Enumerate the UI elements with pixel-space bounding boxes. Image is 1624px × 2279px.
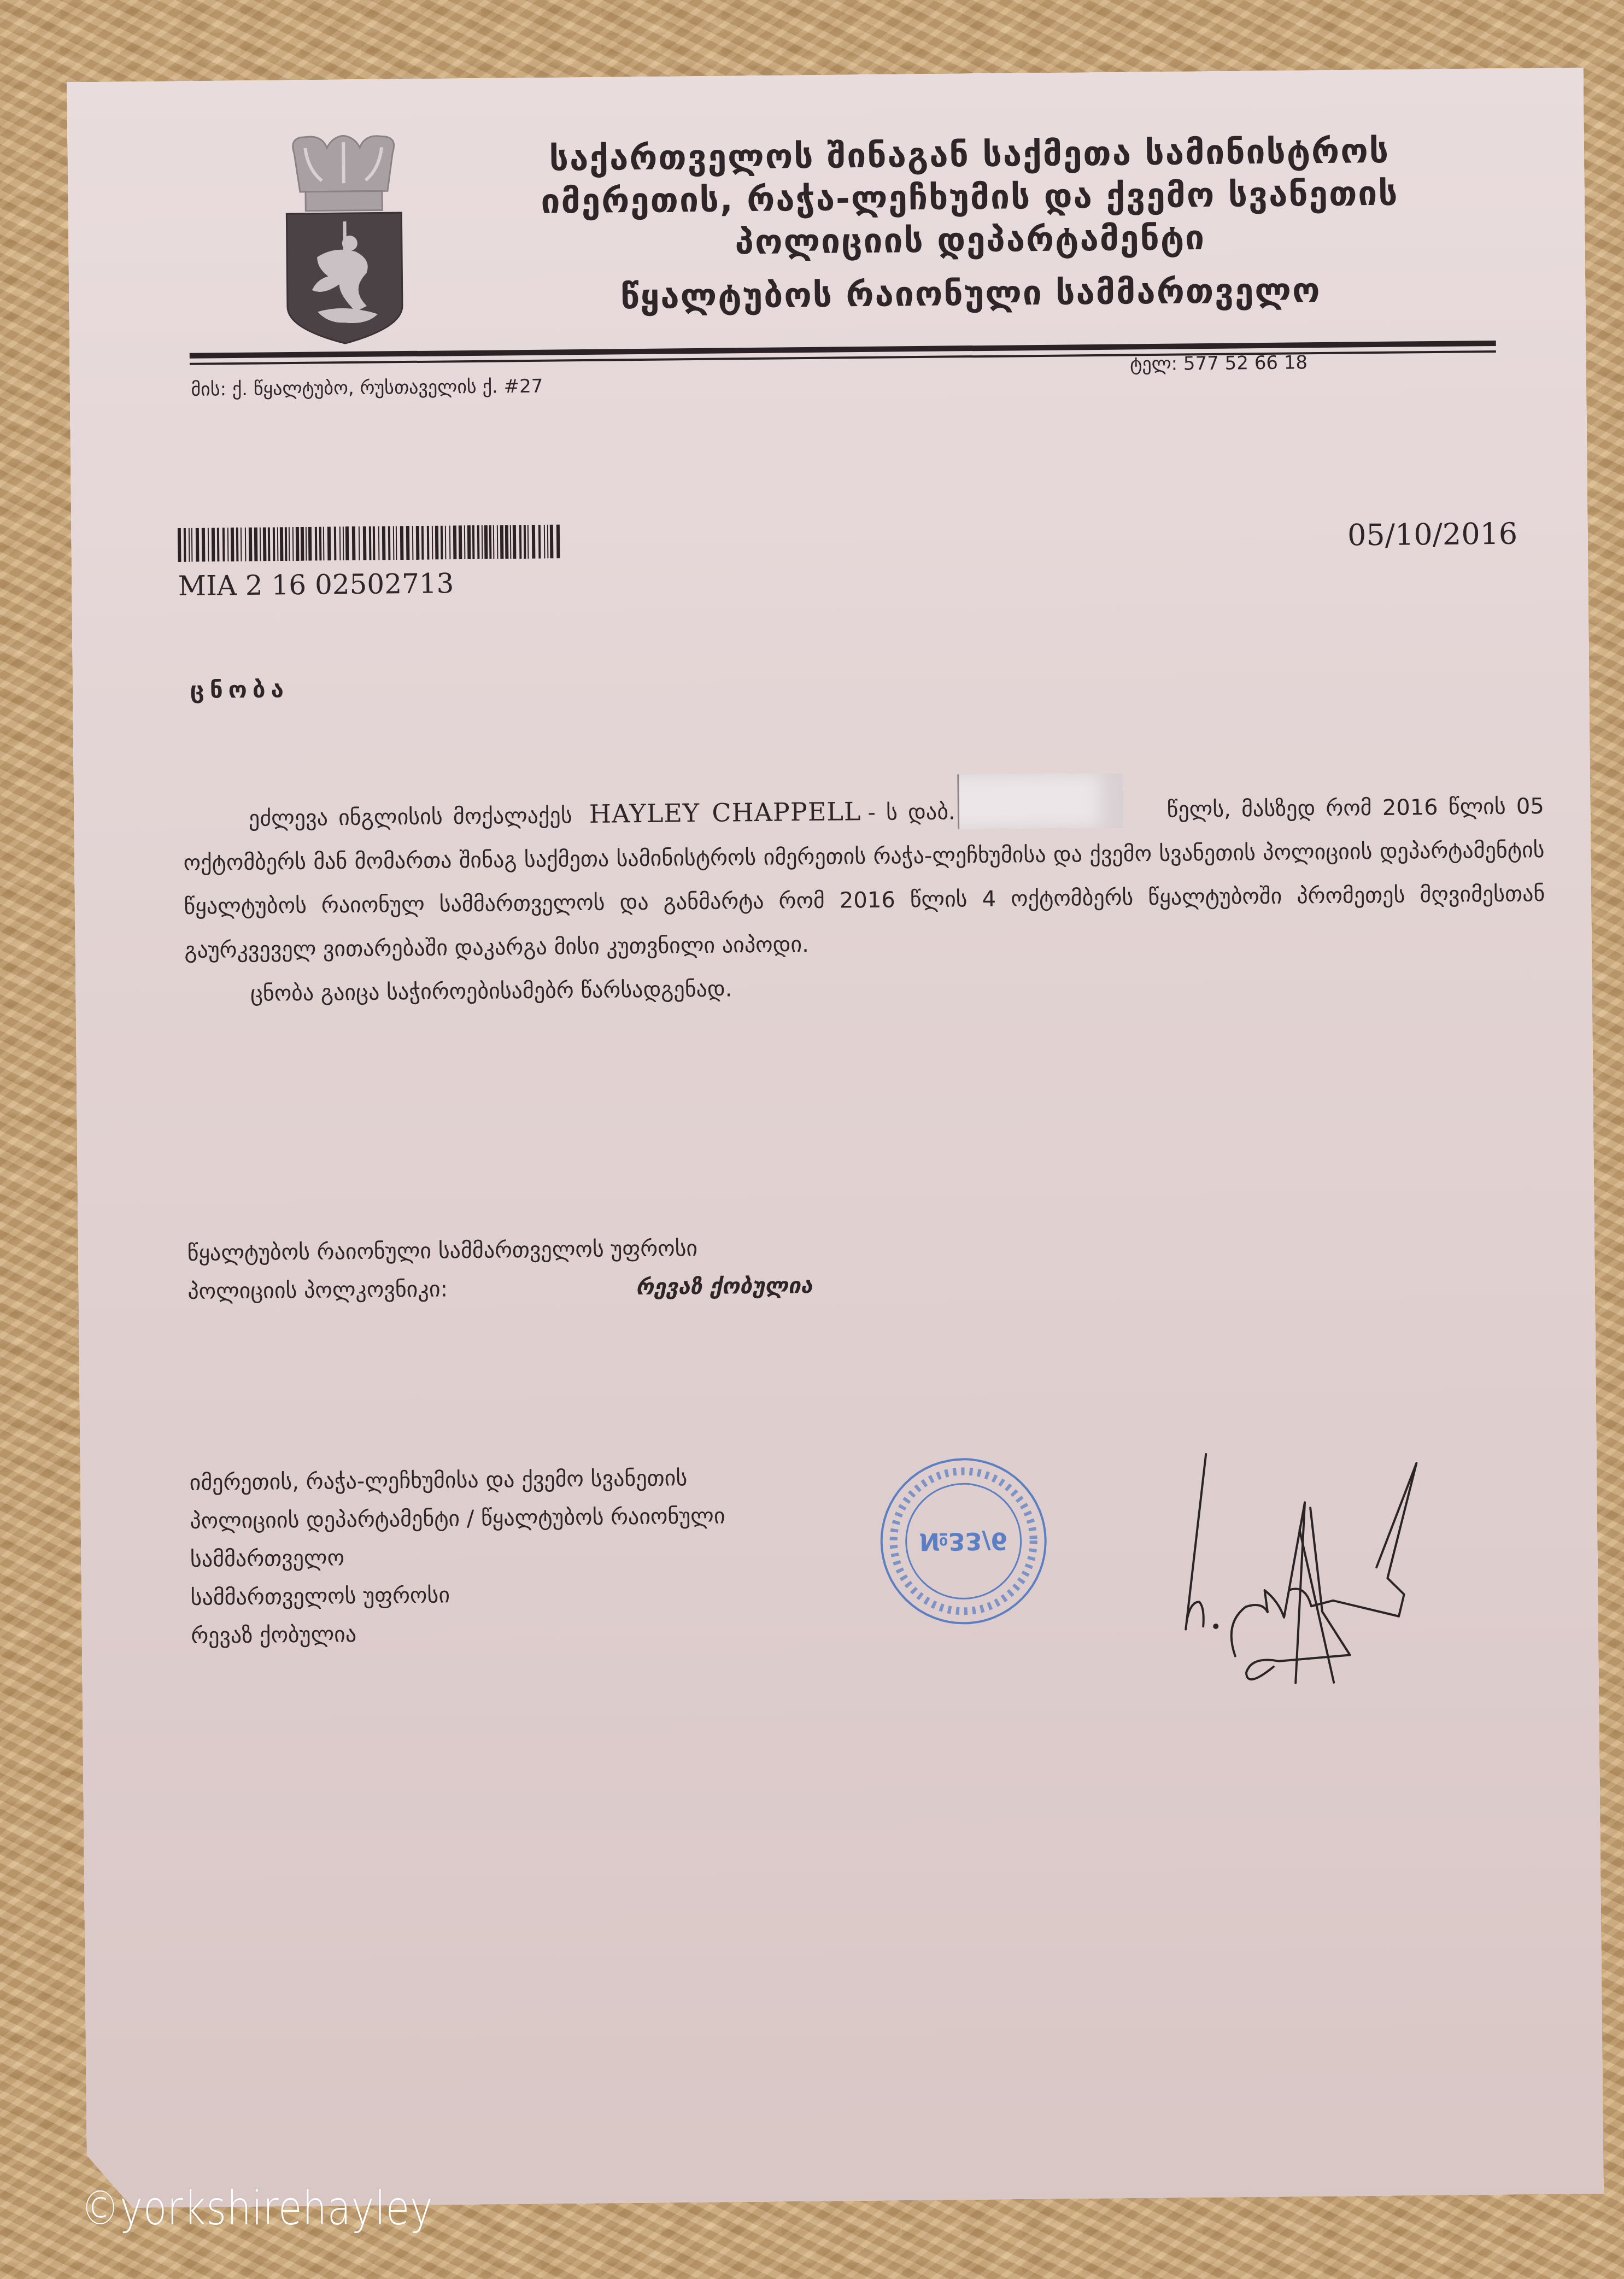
phone-number: ტელ: 577 52 66 18 [1130, 351, 1308, 375]
letterhead-line: წყალტუბოს რაიონული სამმართველო [451, 267, 1490, 320]
barcode-icon [178, 524, 561, 562]
document-number: MIA 2 16 02502713 [178, 567, 454, 602]
document-title: ცნობა [190, 676, 289, 704]
signatory-block-1: წყალტუბოს რაიონული სამმართველოს უფროსი პ… [187, 1229, 698, 1311]
citizen-name: HAYLEY CHAPPELL [589, 796, 861, 829]
body-text-segment: - ს დაბ. [867, 799, 955, 825]
letterhead-title: საქართველოს შინაგან საქმეთა სამინისტროს … [450, 128, 1490, 320]
address: მის: ქ. წყალტუბო, რუსთაველის ქ. #27 [191, 376, 543, 401]
coat-of-arms-icon [283, 131, 406, 345]
signatory-line: სამმართველო [190, 1536, 726, 1579]
body-text-segment: ეძლევა ინგლისის მოქალაქეს [249, 803, 572, 831]
signatory-line: იმერეთის, რაჭა-ლეჩხუმისა და ქვემო სვანეთ… [189, 1459, 725, 1502]
photo-watermark: ©yorkshirehayley [81, 2181, 433, 2236]
svg-text:№33/6: №33/6 [919, 1527, 1007, 1556]
signatory-name: რევაზ ქობულია [636, 1267, 813, 1307]
official-stamp-icon: №33/6 [875, 1453, 1052, 1630]
handwritten-signature-icon [1168, 1435, 1476, 1689]
signatory-title: წყალტუბოს რაიონული სამმართველოს უფროსი [187, 1229, 697, 1273]
document-body: ეძლევა ინგლისის მოქალაქეს HAYLEY CHAPPEL… [183, 769, 1546, 1016]
document-page: საქართველოს შინაგან საქმეთა სამინისტროს … [67, 67, 1604, 2208]
signatory-block-2: იმერეთის, რაჭა-ლეჩხუმისა და ქვემო სვანეთ… [189, 1459, 726, 1655]
redaction-patch [957, 773, 1123, 829]
signatory-rank: პოლიციის პოლკოვნიკი: [187, 1268, 698, 1311]
body-paragraph-1: ეძლევა ინგლისის მოქალაქეს HAYLEY CHAPPEL… [183, 769, 1545, 972]
document-date: 05/10/2016 [1347, 517, 1518, 553]
signatory-line: სამმართველოს უფროსი [190, 1574, 726, 1617]
signatory-line: პოლიციის დეპარტამენტი / წყალტუბოს რაიონუ… [190, 1497, 725, 1540]
signatory-line: რევაზ ქობულია [191, 1612, 726, 1655]
